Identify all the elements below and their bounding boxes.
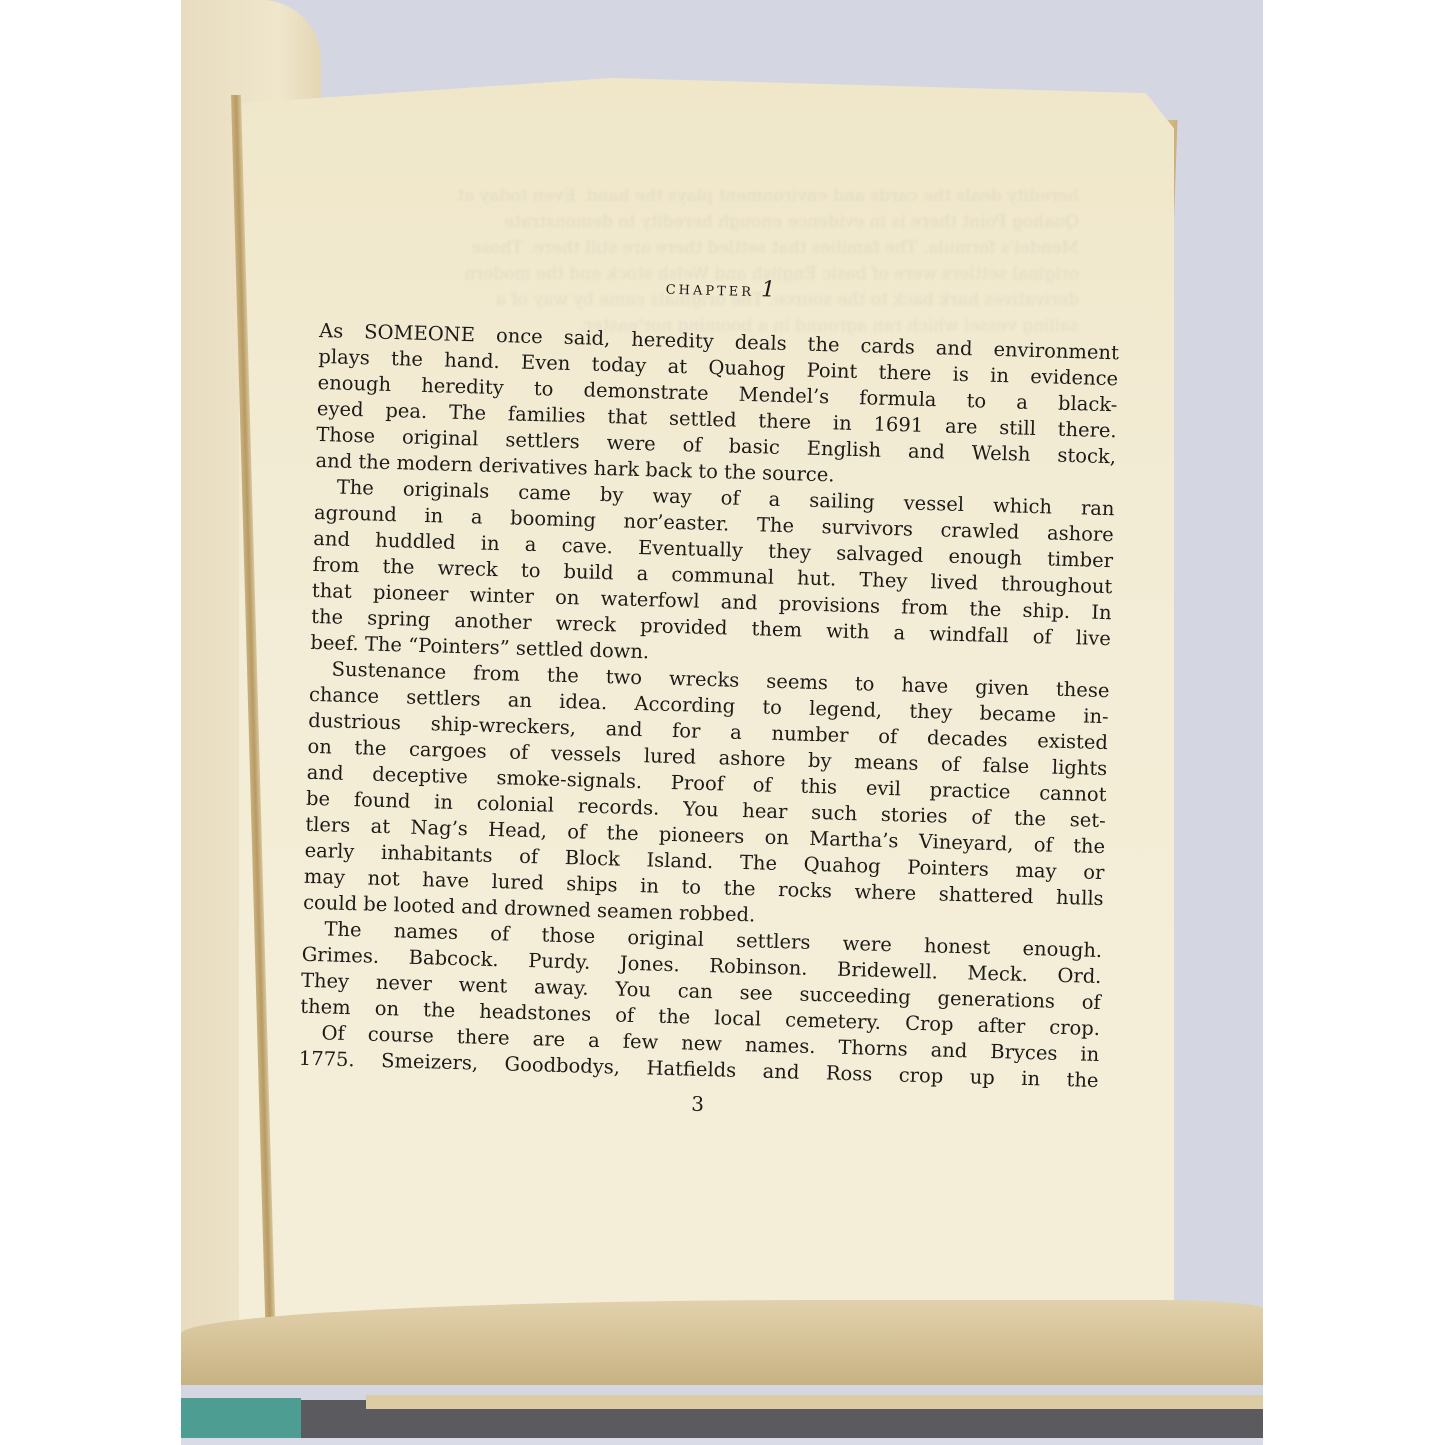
page-edges-bottom xyxy=(181,1300,1263,1385)
endpaper-strip xyxy=(366,1395,1263,1409)
chapter-number: 1 xyxy=(761,277,776,302)
backdrop-cloth xyxy=(181,1438,1263,1445)
book-photo: heredity deals the cards and environment… xyxy=(181,0,1263,1445)
chapter-label: CHAPTER xyxy=(665,283,754,300)
cover-spine-teal xyxy=(181,1398,301,1438)
page-text: CHAPTER 1 As SOMEONE once said, heredity… xyxy=(298,265,1121,1128)
